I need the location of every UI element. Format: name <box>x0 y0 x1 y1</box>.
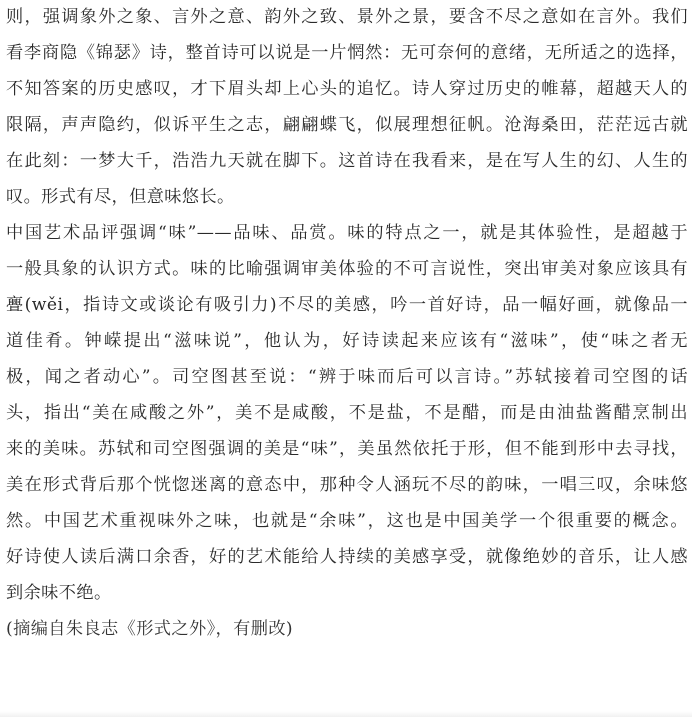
paragraph-2-line-3: 亹(wěi，指诗文或谈论有吸引力)不尽的美感，吟一首好诗，品一幅好画，就像品一 <box>6 292 688 318</box>
paragraph-1-line-6: 叹。形式有尽，但意味悠长。 <box>6 184 235 210</box>
paragraph-2-line-1: 中国艺术品评强调“味”——品味、品赏。味的特点之一，就是其体验性，是超越于 <box>6 220 688 246</box>
paragraph-1-line-5: 在此刻：一梦大千，浩浩九天就在脚下。这首诗在我看来，是在写人生的幻、人生的 <box>6 148 688 174</box>
paragraph-1-line-4: 限隔，声声隐约，似诉平生之志，翩翩蝶飞，似展理想征帆。沧海桑田，茫茫远古就 <box>6 112 688 138</box>
paragraph-2-line-4: 道佳肴。钟嵘提出“滋味说”，他认为，好诗读起来应该有“滋味”，使“味之者无 <box>6 328 688 354</box>
paragraph-2-line-10: 好诗使人读后满口余香，好的艺术能给人持续的美感享受，就像绝妙的音乐，让人感 <box>6 544 688 570</box>
paragraph-1-line-2: 看李商隐《锦瑟》诗，整首诗可以说是一片惘然：无可奈何的意绪，无所适之的选择， <box>6 40 688 66</box>
paragraph-2-line-6: 头，指出“美在咸酸之外”，美不是咸酸，不是盐，不是醋，而是由油盐酱醋烹制出 <box>6 400 688 426</box>
paragraph-2-line-11: 到余味不绝。 <box>6 580 112 606</box>
paragraph-2-line-8: 美在形式背后那个恍惚迷离的意态中，那种令人涵玩不尽的韵味，一唱三叹，余味悠 <box>6 472 688 498</box>
paragraph-2-line-9: 然。中国艺术重视味外之味，也就是“余味”，这也是中国美学一个很重要的概念。 <box>6 508 688 534</box>
source-note: (摘编自朱良志《形式之外》，有删改) <box>6 616 293 642</box>
page-bottom-edge <box>0 711 692 717</box>
paragraph-1-line-1: 则，强调象外之象、言外之意、韵外之致、景外之景，要含不尽之意如在言外。我们 <box>6 4 688 30</box>
paragraph-2-line-7: 来的美味。苏轼和司空图强调的美是“味”，美虽然依托于形，但不能到形中去寻找， <box>6 436 688 462</box>
paragraph-1-line-3: 不知答案的历史感叹，才下眉头却上心头的追忆。诗人穿过历史的帷幕，超越天人的 <box>6 76 688 102</box>
paragraph-2-line-2: 一般具象的认识方式。味的比喻强调审美体验的不可言说性，突出审美对象应该具有 <box>6 256 688 282</box>
paragraph-2-line-5: 极，闻之者动心”。司空图甚至说：“辨于味而后可以言诗。”苏轼接着司空图的话 <box>6 364 688 390</box>
document-page: 则，强调象外之象、言外之意、韵外之致、景外之景，要含不尽之意如在言外。我们 看李… <box>0 0 692 717</box>
